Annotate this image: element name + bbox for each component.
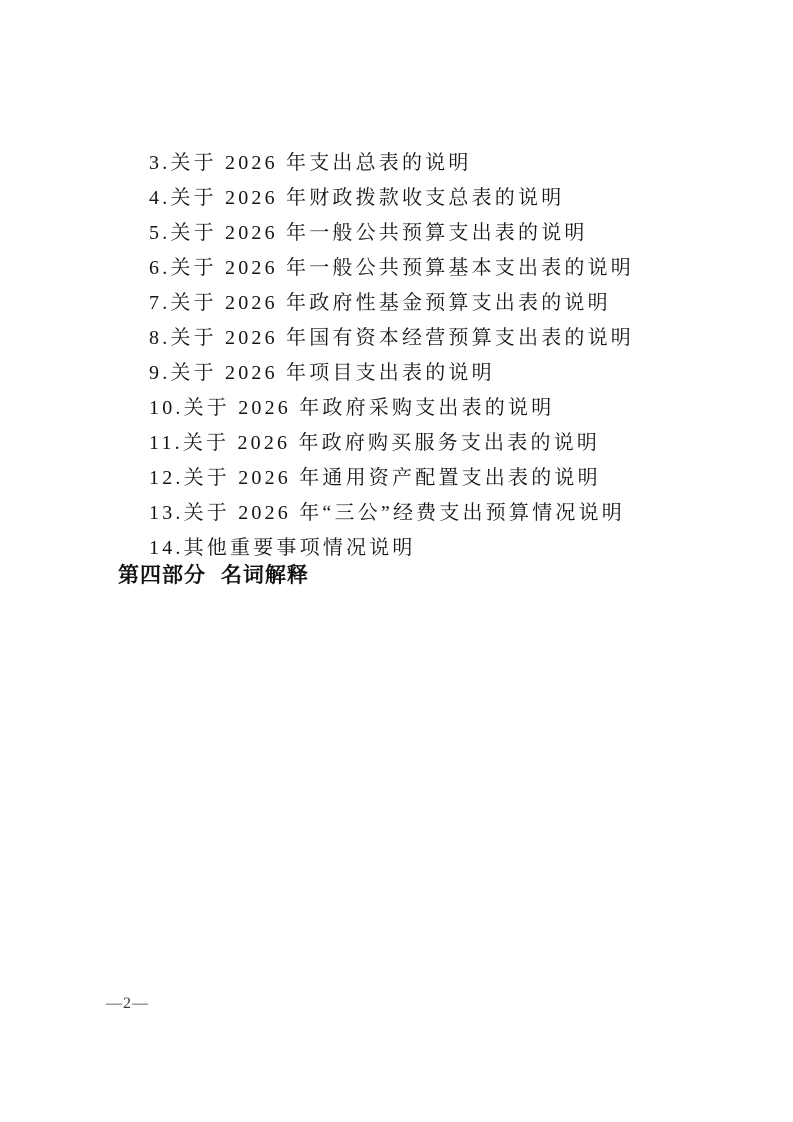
- toc-item-10: 10.关于 2026 年政府采购支出表的说明: [149, 391, 634, 426]
- toc-item-3: 3.关于 2026 年支出总表的说明: [149, 146, 634, 181]
- toc-item-11: 11.关于 2026 年政府购买服务支出表的说明: [149, 426, 634, 461]
- document-page: 3.关于 2026 年支出总表的说明 4.关于 2026 年财政拨款收支总表的说…: [0, 0, 793, 1122]
- toc-item-12: 12.关于 2026 年通用资产配置支出表的说明: [149, 461, 634, 496]
- toc-item-5: 5.关于 2026 年一般公共预算支出表的说明: [149, 216, 634, 251]
- toc-item-7: 7.关于 2026 年政府性基金预算支出表的说明: [149, 286, 634, 321]
- section-heading-part-four: 第四部分 名词解释: [118, 561, 634, 596]
- toc-item-13: 13.关于 2026 年“三公”经费支出预算情况说明: [149, 496, 634, 531]
- toc-item-8: 8.关于 2026 年国有资本经营预算支出表的说明: [149, 321, 634, 356]
- table-of-contents: 3.关于 2026 年支出总表的说明 4.关于 2026 年财政拨款收支总表的说…: [149, 146, 634, 596]
- toc-item-6: 6.关于 2026 年一般公共预算基本支出表的说明: [149, 251, 634, 286]
- page-number: —2—: [106, 995, 149, 1013]
- toc-item-9: 9.关于 2026 年项目支出表的说明: [149, 356, 634, 391]
- toc-item-4: 4.关于 2026 年财政拨款收支总表的说明: [149, 181, 634, 216]
